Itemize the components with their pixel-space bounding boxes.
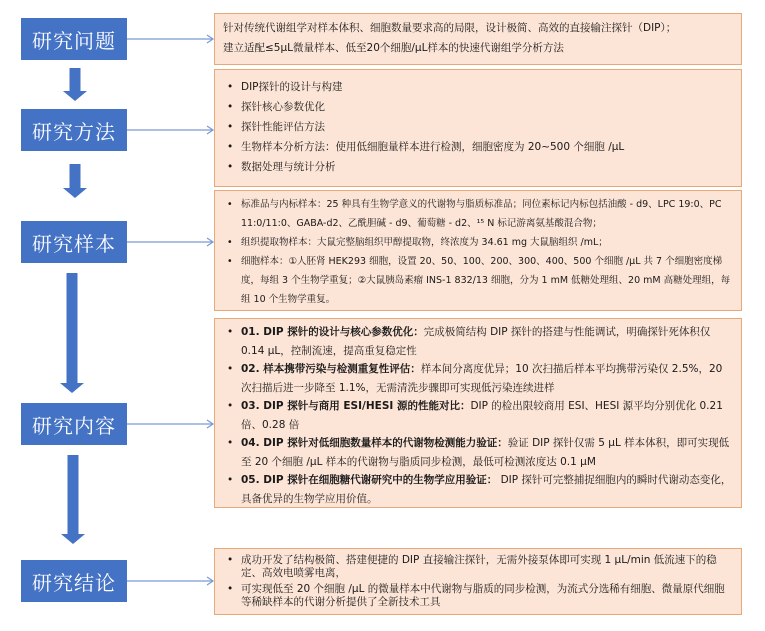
stage-label-conclusion: 研究结论 (21, 560, 127, 602)
method-item: 数据处理与统计分析 (219, 157, 737, 177)
down-arrow-icon (62, 68, 88, 101)
problem-line: 针对传统代谢组学对样本体积、细胞数量要求高的局限，设计极简、高效的直接输注探针（… (223, 18, 733, 38)
content-item-title: 05. DIP 探针在细胞糖代谢研究中的生物学应用验证： (241, 474, 497, 486)
content-item: 03. DIP 探针与商用 ESI/HESI 源的性能对比：DIP 的检出限较商… (219, 397, 735, 434)
content-item-title: 04. DIP 探针对低细胞数量样本的代谢物检测能力验证： (241, 437, 508, 449)
content-item: 01. DIP 探针的设计与核心参数优化：完成极简结构 DIP 探针的搭建与性能… (219, 323, 735, 360)
content-item: 04. DIP 探针对低细胞数量样本的代谢物检测能力验证：验证 DIP 探针仅需… (219, 434, 735, 471)
content-item-title: 01. DIP 探针的设计与核心参数优化： (241, 326, 424, 338)
sample-item: 组织提取物样本：大鼠完整脑组织甲醇提取物，终浓度为 34.61 mg 大鼠脑组织… (219, 233, 735, 252)
right-arrow-icon (127, 237, 215, 247)
method-item: DIP探针的设计与构建 (219, 77, 737, 97)
content-box: 01. DIP 探针的设计与核心参数优化：完成极简结构 DIP 探针的搭建与性能… (214, 318, 742, 508)
content-item: 05. DIP 探针在细胞糖代谢研究中的生物学应用验证： DIP 探针可完整捕捉… (219, 471, 735, 508)
right-arrow-icon (127, 576, 215, 586)
down-arrow-icon (62, 164, 88, 198)
content-item-title: 02. 样本携带污染与检测重复性评估： (241, 363, 421, 375)
right-arrow-icon (127, 125, 215, 135)
problem-line: 建立适配≤5μL微量样本、低至20个细胞/μL样本的快速代谢组学分析方法 (223, 38, 733, 58)
right-arrow-icon (127, 419, 215, 429)
sample-item: 标准品与内标样本：25 种具有生物学意义的代谢物与脂质标准品；同位素标记内标包括… (219, 195, 735, 233)
content-item: 02. 样本携带污染与检测重复性评估：样本间分离度优异；10 次扫描后样本平均携… (219, 360, 735, 397)
method-item: 探针核心参数优化 (219, 97, 737, 117)
stage-label-method: 研究方法 (21, 109, 127, 151)
down-arrow-icon (60, 455, 86, 544)
method-item: 生物样本分析方法：使用低细胞量样本进行检测，细胞密度为 20~500 个细胞 /… (219, 137, 737, 157)
stage-label-sample: 研究样本 (21, 221, 127, 263)
problem-box: 针对传统代谢组学对样本体积、细胞数量要求高的局限，设计极简、高效的直接输注探针（… (214, 13, 742, 65)
content-item-title: 03. DIP 探针与商用 ESI/HESI 源的性能对比： (241, 400, 470, 412)
stage-label-problem: 研究问题 (21, 18, 127, 60)
down-arrow-icon (59, 273, 85, 393)
conclusion-box: 成功开发了结构极简、搭建便捷的 DIP 直接输注探针，无需外接泵体即可实现 1 … (214, 548, 742, 615)
conclusion-item: 成功开发了结构极简、搭建便捷的 DIP 直接输注探针，无需外接泵体即可实现 1 … (219, 554, 735, 580)
method-item: 探针性能评估方法 (219, 117, 737, 137)
sample-item: 细胞样本：①人胚肾 HEK293 细胞，设置 20、50、100、200、300… (219, 252, 735, 309)
right-arrow-icon (127, 34, 215, 44)
sample-box: 标准品与内标样本：25 种具有生物学意义的代谢物与脂质标准品；同位素标记内标包括… (214, 190, 742, 311)
conclusion-item: 可实现低至 20 个细胞 /μL 的微量样本中代谢物与脂质的同步检测，为流式分选… (219, 583, 735, 609)
stage-label-content: 研究内容 (21, 403, 127, 445)
method-box: DIP探针的设计与构建 探针核心参数优化 探针性能评估方法 生物样本分析方法：使… (214, 69, 742, 187)
